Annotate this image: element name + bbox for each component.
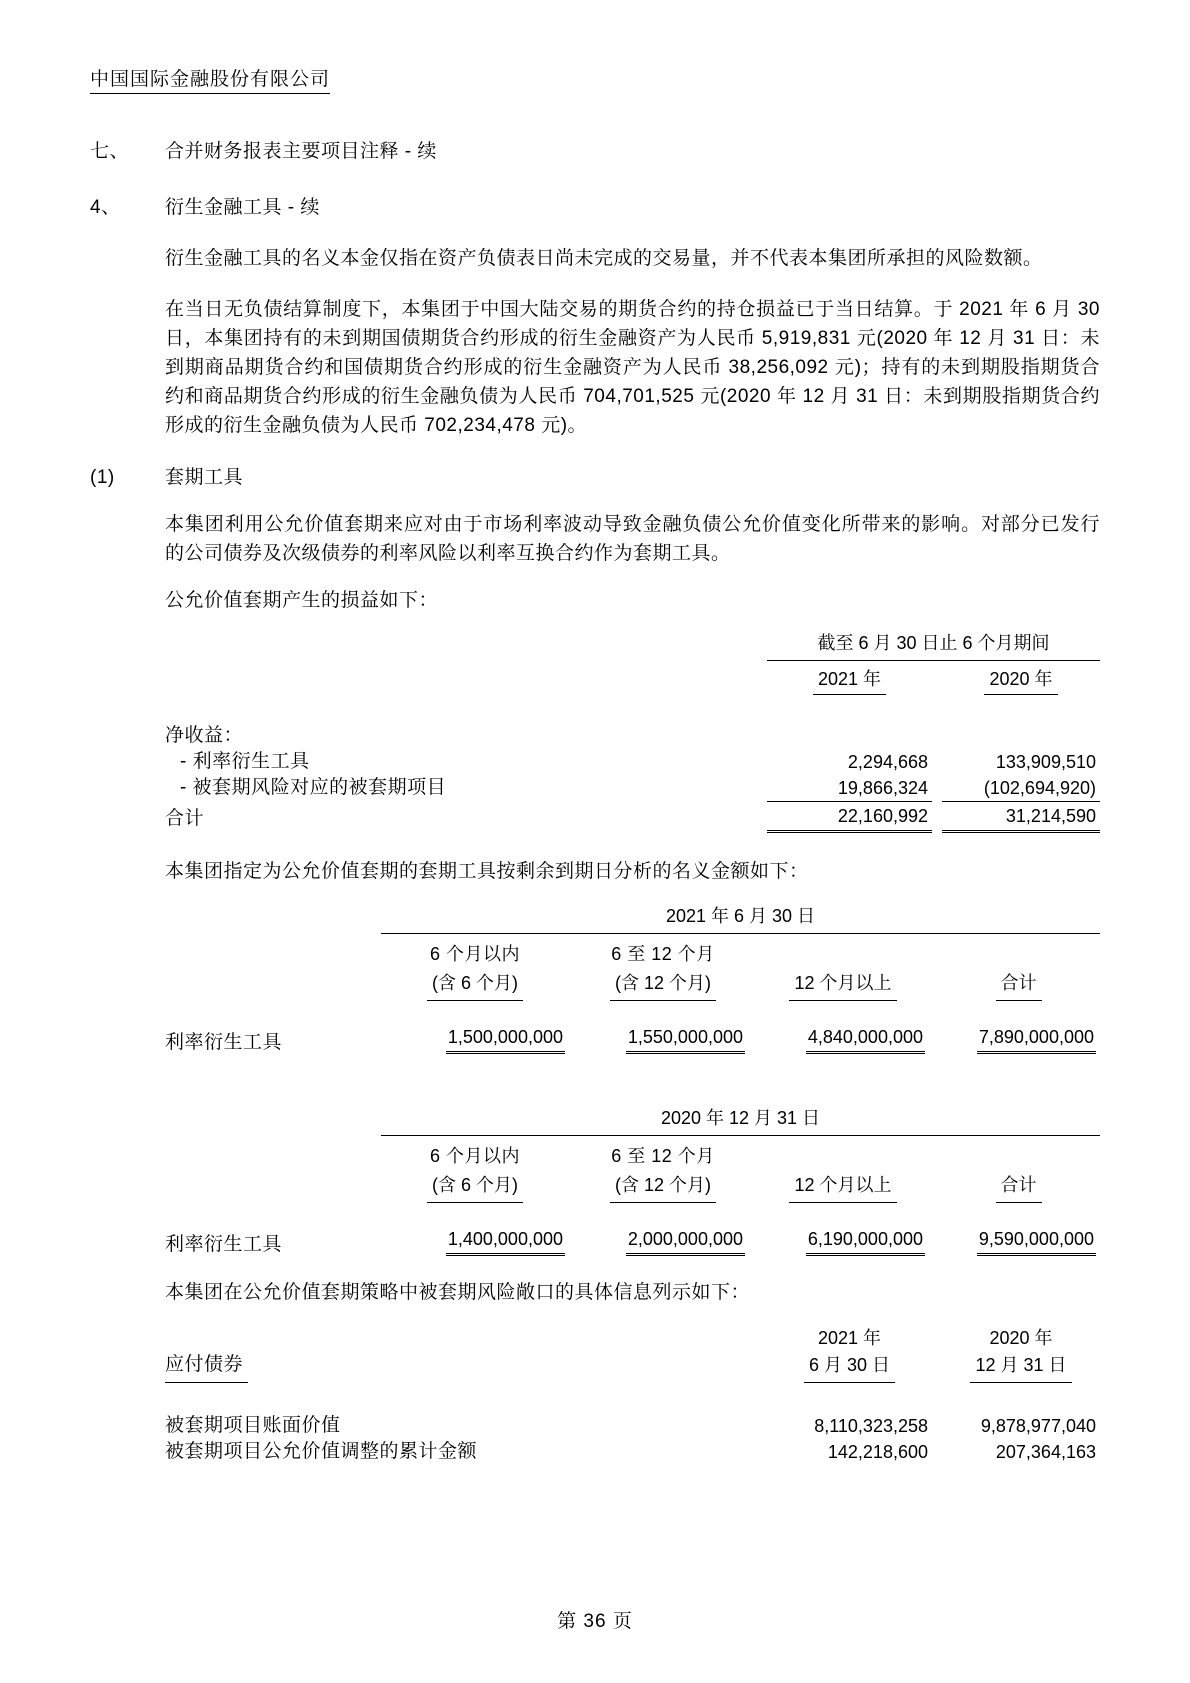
carrying-amount-2021: 8,110,323,258 bbox=[767, 1413, 932, 1439]
fv-adjustment-2021: 142,218,600 bbox=[767, 1439, 932, 1465]
gain-table-period-header: 截至 6 月 30 日止 6 个月期间 bbox=[767, 629, 1100, 661]
exposure-year-row: 2021 年 2020 年 bbox=[165, 1325, 1100, 1351]
col-within6m-sub: (含 6 个月) bbox=[381, 1171, 569, 1203]
maturity-2021-data-row: 利率衍生工具 1,500,000,000 1,550,000,000 4,840… bbox=[165, 1025, 1100, 1054]
maturity-2020-v2: 2,000,000,000 bbox=[626, 1227, 745, 1256]
incl-12m-label: (含 12 个月) bbox=[610, 1171, 716, 1203]
incl-6m-label: (含 6 个月) bbox=[427, 1171, 523, 1203]
gain-table-col-2021: 2021 年 bbox=[767, 665, 932, 695]
hedged-2020-value: (102,694,920) bbox=[942, 775, 1100, 801]
net-gain-label: 净收益： bbox=[165, 723, 757, 749]
maturity-2020-data-row: 利率衍生工具 1,400,000,000 2,000,000,000 6,190… bbox=[165, 1227, 1100, 1256]
jun30-label: 6 月 30 日 bbox=[804, 1351, 895, 1383]
paragraph-hedge-intro: 本集团利用公允价值套期来应对由于市场利率波动导致金融负债公允价值变化所带来的影响… bbox=[165, 510, 1100, 568]
maturity-2020-row-label: 利率衍生工具 bbox=[165, 1229, 373, 1256]
col-within6m-label: 6 个月以内 bbox=[381, 1142, 569, 1171]
paragraph-maturity-intro: 本集团指定为公允价值套期的套期工具按剩余到期日分析的名义金额如下： bbox=[165, 857, 1100, 886]
gain-table-col-2020: 2020 年 bbox=[942, 665, 1100, 695]
maturity-2020-v3-cell: 6,190,000,000 bbox=[757, 1227, 929, 1256]
section-4-title: 衍生金融工具 - 续 bbox=[165, 196, 320, 220]
col-within6m-sub: (含 6 个月) bbox=[381, 969, 569, 1001]
maturity-2020-colhead-2: (含 6 个月) (含 12 个月) 12 个月以上 合计 bbox=[165, 1171, 1100, 1203]
year-2021-label: 2021 年 bbox=[813, 665, 886, 695]
total-2021-value: 22,160,992 bbox=[767, 801, 932, 833]
maturity-2021-v2-cell: 1,550,000,000 bbox=[577, 1025, 749, 1054]
gain-table-year-row: 2021 年 2020 年 bbox=[165, 665, 1100, 695]
total-label: 合计 bbox=[165, 805, 757, 833]
company-name: 中国国际金融股份有限公司 bbox=[90, 64, 1100, 94]
col-6to12m-sub: (含 12 个月) bbox=[577, 969, 749, 1001]
over-12m-label: 12 个月以上 bbox=[789, 969, 896, 1001]
section-7-number: 七、 bbox=[90, 140, 165, 164]
gain-table-group-row: 净收益： bbox=[165, 723, 1100, 749]
maturity-2021-v4-cell: 7,890,000,000 bbox=[937, 1025, 1100, 1054]
col-within6m-label: 6 个月以内 bbox=[381, 940, 569, 969]
maturity-2020-date-row: 2020 年 12 月 31 日 bbox=[165, 1104, 1100, 1136]
exposure-table: 2021 年 2020 年 应付债券 6 月 30 日 12 月 31 日 被套… bbox=[165, 1325, 1100, 1465]
gain-loss-table: 截至 6 月 30 日止 6 个月期间 2021 年 2020 年 净收益： -… bbox=[165, 629, 1100, 833]
col-6to12m-label: 6 至 12 个月 bbox=[577, 940, 749, 969]
dec31-label: 12 月 31 日 bbox=[970, 1351, 1071, 1383]
ird-2020-value: 133,909,510 bbox=[942, 749, 1100, 775]
incl-12m-label: (含 12 个月) bbox=[610, 969, 716, 1001]
col-total: 合计 bbox=[937, 1171, 1100, 1203]
bonds-payable-label: 应付债券 bbox=[165, 1351, 248, 1383]
maturity-2021-v2: 1,550,000,000 bbox=[626, 1025, 745, 1054]
fv-adjustment-label: 被套期项目公允价值调整的累计金额 bbox=[165, 1439, 757, 1465]
year-2020-label: 2020 年 bbox=[984, 665, 1057, 695]
hedged-2021-value: 19,866,324 bbox=[767, 775, 932, 801]
exposure-col1-date: 6 月 30 日 bbox=[767, 1351, 932, 1383]
maturity-2020-colhead-1: 6 个月以内 6 至 12 个月 bbox=[165, 1142, 1100, 1171]
maturity-table-2020: 2020 年 12 月 31 日 6 个月以内 6 至 12 个月 (含 6 个… bbox=[165, 1104, 1100, 1256]
ird-2021-value: 2,294,668 bbox=[767, 749, 932, 775]
maturity-2020-v1-cell: 1,400,000,000 bbox=[381, 1227, 569, 1256]
subsection-1-title: 套期工具 bbox=[165, 466, 243, 490]
maturity-2021-v4: 7,890,000,000 bbox=[977, 1025, 1096, 1054]
maturity-2021-colhead-2: (含 6 个月) (含 12 个月) 12 个月以上 合计 bbox=[165, 969, 1100, 1001]
subsection-1-number: (1) bbox=[90, 466, 165, 490]
maturity-2021-v1-cell: 1,500,000,000 bbox=[381, 1025, 569, 1054]
maturity-2020-v2-cell: 2,000,000,000 bbox=[577, 1227, 749, 1256]
table-row: - 利率衍生工具 2,294,668 133,909,510 bbox=[165, 749, 1100, 775]
fv-adjustment-2020: 207,364,163 bbox=[942, 1439, 1100, 1465]
bonds-payable-header-cell: 应付债券 bbox=[165, 1351, 757, 1383]
exposure-col2-year: 2020 年 bbox=[942, 1325, 1100, 1351]
section-4-number: 4、 bbox=[90, 196, 165, 220]
table-row: - 被套期风险对应的被套期项目 19,866,324 (102,694,920) bbox=[165, 775, 1100, 801]
col-over12m: 12 个月以上 bbox=[757, 969, 929, 1001]
col-total: 合计 bbox=[937, 969, 1100, 1001]
maturity-2020-v3: 6,190,000,000 bbox=[806, 1227, 925, 1256]
carrying-amount-2020: 9,878,977,040 bbox=[942, 1413, 1100, 1439]
maturity-2021-colhead-1: 6 个月以内 6 至 12 个月 bbox=[165, 940, 1100, 969]
col-over12m: 12 个月以上 bbox=[757, 1171, 929, 1203]
maturity-2021-date-row: 2021 年 6 月 30 日 bbox=[165, 902, 1100, 934]
exposure-date-row: 应付债券 6 月 30 日 12 月 31 日 bbox=[165, 1351, 1100, 1383]
exposure-col2-date: 12 月 31 日 bbox=[942, 1351, 1100, 1383]
table-row: 被套期项目公允价值调整的累计金额 142,218,600 207,364,163 bbox=[165, 1439, 1100, 1465]
document-page: 中国国际金融股份有限公司 七、 合并财务报表主要项目注释 - 续 4、 衍生金融… bbox=[0, 0, 1190, 1683]
section-7: 七、 合并财务报表主要项目注释 - 续 bbox=[90, 140, 1100, 164]
maturity-2020-v4: 9,590,000,000 bbox=[977, 1227, 1096, 1256]
col-6to12m-label: 6 至 12 个月 bbox=[577, 1142, 749, 1171]
paragraph-gain-intro: 公允价值套期产生的损益如下： bbox=[165, 586, 1100, 615]
maturity-2021-v3: 4,840,000,000 bbox=[806, 1025, 925, 1054]
over-12m-label: 12 个月以上 bbox=[789, 1171, 896, 1203]
maturity-2021-v1: 1,500,000,000 bbox=[446, 1025, 565, 1054]
total-col-label: 合计 bbox=[996, 1171, 1042, 1203]
exposure-col1-year: 2021 年 bbox=[767, 1325, 932, 1351]
paragraph-notional: 衍生金融工具的名义本金仅指在资产负债表日尚未完成的交易量，并不代表本集团所承担的… bbox=[165, 244, 1100, 273]
row-label-hedged-item: - 被套期风险对应的被套期项目 bbox=[165, 775, 757, 801]
maturity-2020-date-header: 2020 年 12 月 31 日 bbox=[381, 1104, 1100, 1136]
page-number: 第 36 页 bbox=[0, 1606, 1190, 1633]
total-2020-value: 31,214,590 bbox=[942, 801, 1100, 833]
paragraph-exposure-intro: 本集团在公允价值套期策略中被套期风险敞口的具体信息列示如下： bbox=[165, 1278, 1100, 1307]
section-4: 4、 衍生金融工具 - 续 bbox=[90, 196, 1100, 220]
col-6to12m-sub: (含 12 个月) bbox=[577, 1171, 749, 1203]
maturity-2021-v3-cell: 4,840,000,000 bbox=[757, 1025, 929, 1054]
incl-6m-label: (含 6 个月) bbox=[427, 969, 523, 1001]
subsection-1: (1) 套期工具 bbox=[90, 466, 1100, 490]
row-label-ird: - 利率衍生工具 bbox=[165, 749, 757, 775]
maturity-table-2021: 2021 年 6 月 30 日 6 个月以内 6 至 12 个月 (含 6 个月… bbox=[165, 902, 1100, 1054]
maturity-2021-date-header: 2021 年 6 月 30 日 bbox=[381, 902, 1100, 934]
maturity-2020-v4-cell: 9,590,000,000 bbox=[937, 1227, 1100, 1256]
company-name-text: 中国国际金融股份有限公司 bbox=[90, 64, 330, 94]
maturity-2021-row-label: 利率衍生工具 bbox=[165, 1027, 373, 1054]
gain-table-period-row: 截至 6 月 30 日止 6 个月期间 bbox=[165, 629, 1100, 661]
total-col-label: 合计 bbox=[996, 969, 1042, 1001]
paragraph-futures: 在当日无负债结算制度下，本集团于中国大陆交易的期货合约的持仓损益已于当日结算。于… bbox=[165, 295, 1100, 440]
table-row: 被套期项目账面价值 8,110,323,258 9,878,977,040 bbox=[165, 1413, 1100, 1439]
carrying-amount-label: 被套期项目账面价值 bbox=[165, 1413, 757, 1439]
section-7-title: 合并财务报表主要项目注释 - 续 bbox=[165, 140, 437, 164]
maturity-2020-v1: 1,400,000,000 bbox=[446, 1227, 565, 1256]
gain-table-total-row: 合计 22,160,992 31,214,590 bbox=[165, 801, 1100, 833]
